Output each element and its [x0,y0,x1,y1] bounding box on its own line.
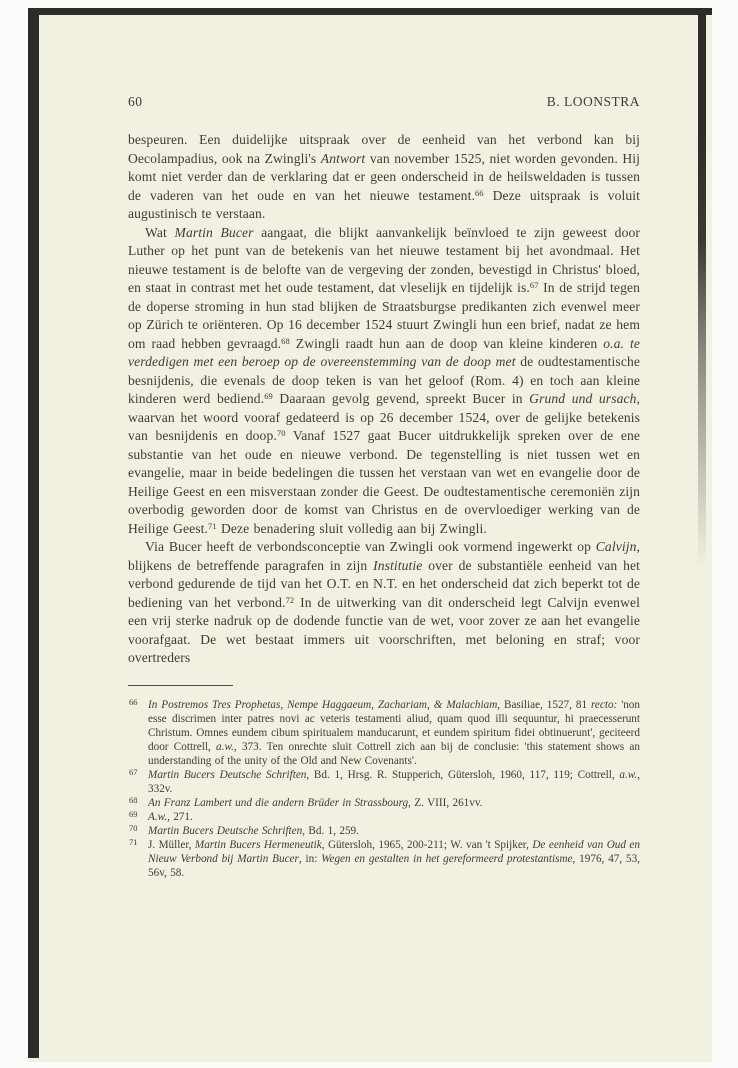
text-run: J. Müller, [148,839,195,851]
footnote-ref: 67 [530,280,539,290]
text-run: , in: [299,853,321,865]
paragraph: bespeuren. Een duidelijke uitspraak over… [128,131,640,224]
italic-text: a.w. [619,769,637,781]
footnote-list: 66In Postremos Tres Prophetas, Nempe Hag… [128,698,640,880]
text-run: Vanaf 1527 gaat Bucer uitdrukkelijk spre… [128,428,640,536]
text-run: Wat [145,225,175,240]
text-run: , Bd. 1, Hrsg. R. Stupperich, Gütersloh,… [306,769,619,781]
footnote-text: Martin Bucers Deutsche Schriften, Bd. 1,… [148,769,640,795]
footnote-item: 68An Franz Lambert und die andern Brüder… [128,796,640,810]
text-run: , Bd. 1, 259. [302,825,359,837]
italic-text: Wegen en gestalten in het gereformeerd p… [321,853,572,865]
footnote-ref: 66 [475,188,484,198]
text-column: 60 B. LOONSTRA bespeuren. Een duidelijke… [128,94,640,880]
footnote-text: Martin Bucers Deutsche Schriften, Bd. 1,… [148,825,359,837]
scan-edge-top [28,8,712,15]
footnote-text: In Postremos Tres Prophetas, Nempe Hagga… [148,699,640,767]
footnote-ref: 69 [264,391,273,401]
footnote-text: J. Müller, Martin Bucers Hermeneutik, Gü… [148,839,640,879]
footnote-item: 69A.w., 271. [128,810,640,824]
footnote-item: 66In Postremos Tres Prophetas, Nempe Hag… [128,698,640,768]
italic-text: In Postremos Tres Prophetas, Nempe Hagga… [148,699,497,711]
footnote-ref: 68 [281,336,290,346]
text-run: Daaraan gevolg gevend, spreekt Bucer in [273,391,529,406]
text-run: Zwingli raadt hun aan de doop van kleine… [290,336,603,351]
text-run: Deze benadering sluit volledig aan bij Z… [217,521,487,536]
body-paragraphs: bespeuren. Een duidelijke uitspraak over… [128,131,640,668]
italic-text: Calvijn [596,539,637,554]
italic-text: A.w. [148,811,167,823]
text-run: , Gütersloh, 1965, 200-211; W. van 't Sp… [322,839,533,851]
italic-text: Martin Bucers Hermeneutik [195,839,322,851]
italic-text: Martin Bucer [175,225,254,240]
italic-text: a.w. [216,741,234,753]
italic-text: An Franz Lambert und die andern Brüder i… [148,797,408,809]
text-run: , Basiliae, 1527, 81 [497,699,591,711]
italic-text: Institutie [373,558,422,573]
footnote-ref: 72 [286,595,295,605]
footnote-item: 67Martin Bucers Deutsche Schriften, Bd. … [128,768,640,796]
footnote-text: A.w., 271. [148,811,193,823]
running-head: B. LOONSTRA [547,94,640,110]
paragraph: Via Bucer heeft de verbondsconceptie van… [128,538,640,668]
footnote-item: 70Martin Bucers Deutsche Schriften, Bd. … [128,824,640,838]
scan-edge-left [28,8,39,1058]
text-run: , 271. [167,811,193,823]
scan-edge-right [698,8,706,568]
footnote-text: An Franz Lambert und die andern Brüder i… [148,797,483,809]
footnote-item: 71J. Müller, Martin Bucers Hermeneutik, … [128,838,640,880]
text-run: , Z. VIII, 261vv. [408,797,482,809]
text-run: Via Bucer heeft de verbondsconceptie van… [145,539,596,554]
italic-text: recto: [591,699,617,711]
italic-text: Martin Bucers Deutsche Schriften [148,769,306,781]
footnote-ref: 70 [277,428,286,438]
footnote-ref: 71 [208,521,217,531]
page-number: 60 [128,94,143,110]
paragraph: Wat Martin Bucer aangaat, die blijkt aan… [128,224,640,539]
italic-text: Antwort [321,151,366,166]
italic-text: Grund und ursach [529,391,636,406]
footnote-separator [128,685,233,686]
italic-text: Martin Bucers Deutsche Schriften [148,825,302,837]
page-header: 60 B. LOONSTRA [128,94,640,110]
